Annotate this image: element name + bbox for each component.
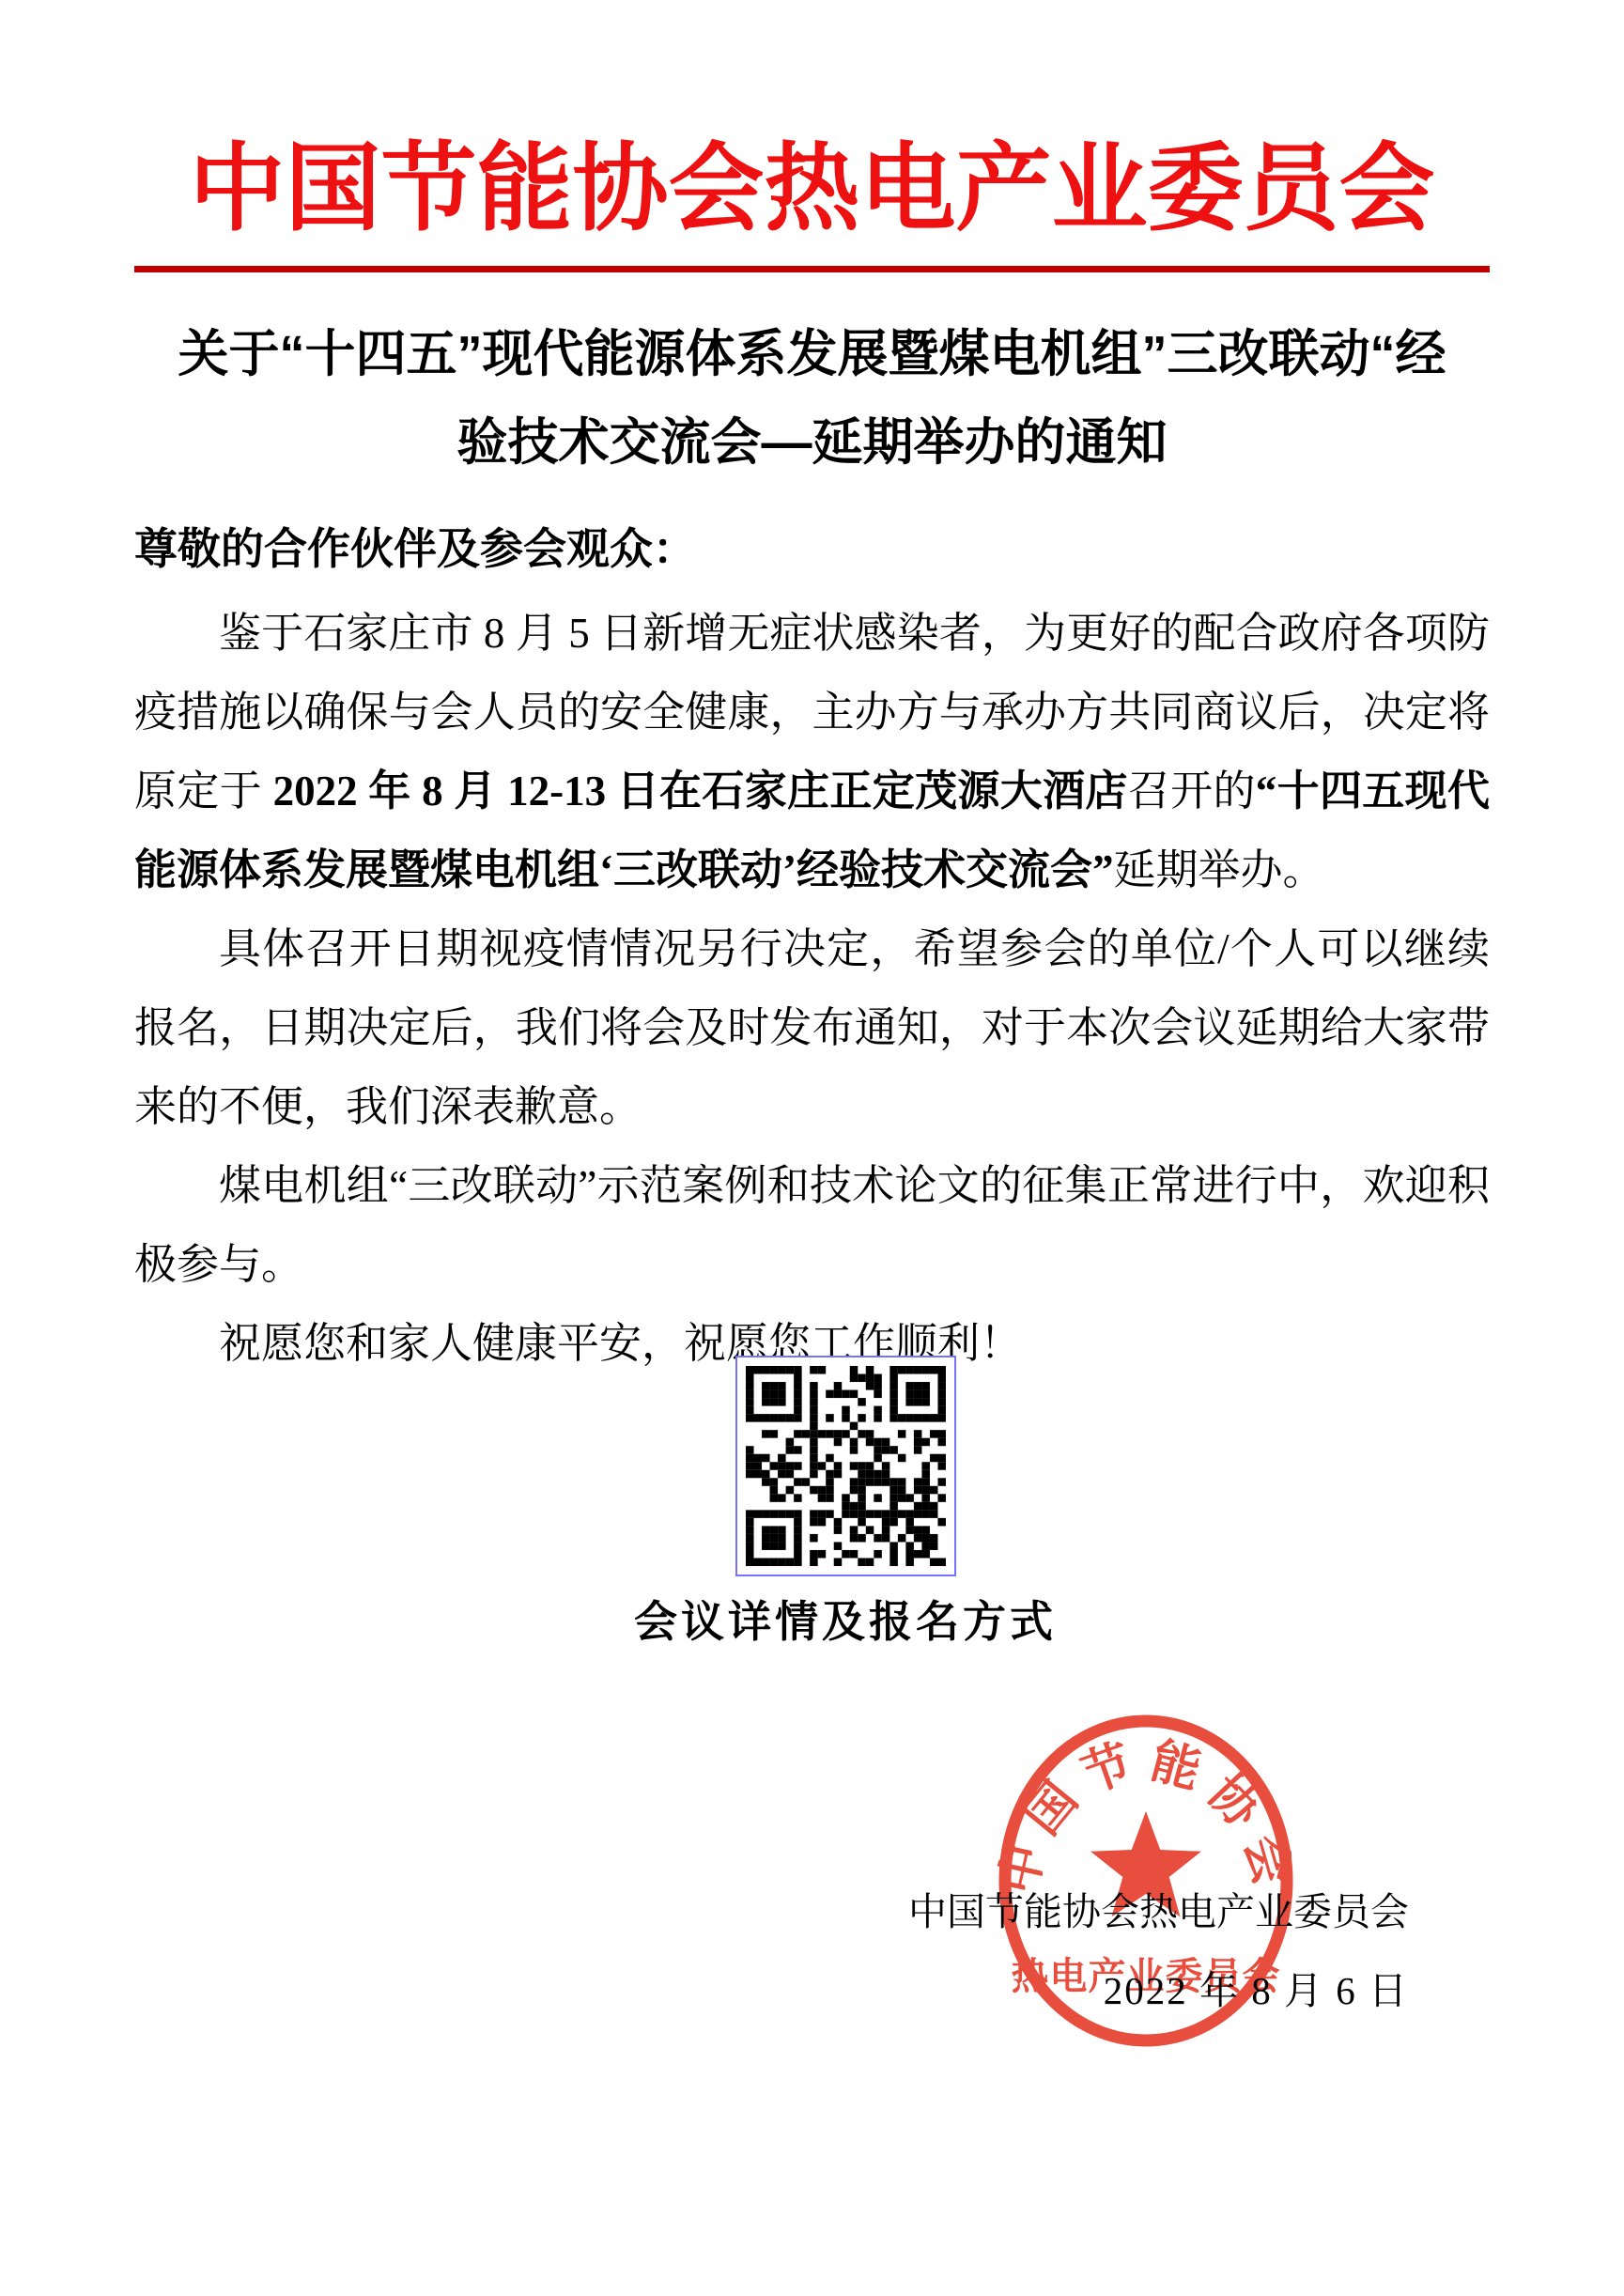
paragraph: 具体召开日期视疫情情况另行决定，希望参会的单位/个人可以继续报名，日期决定后，我…: [134, 909, 1490, 1146]
signature-org-name: 中国节能协会热电产业委员会: [902, 1881, 1409, 1936]
signature-date: 2022 年 8 月 6 日: [902, 1960, 1409, 2015]
notice-title-line2: 验技术交流会—延期举办的通知: [80, 398, 1544, 487]
qr-code: [735, 1356, 956, 1576]
qr-caption: 会议详情及报名方式: [601, 1588, 1090, 1650]
salutation: 尊敬的合作伙伴及参会观众：: [134, 515, 1490, 577]
letterhead-divider: [134, 266, 1490, 272]
qr-code-image: [746, 1366, 946, 1566]
notice-title-line1: 关于“十四五”现代能源体系发展暨煤电机组”三改联动“经: [80, 310, 1544, 398]
paragraph: 鉴于石家庄市 8 月 5 日新增无症状感染者，为更好的配合政府各项防疫措施以确保…: [134, 594, 1490, 909]
body-text: 鉴于石家庄市 8 月 5 日新增无症状感染者，为更好的配合政府各项防疫措施以确保…: [134, 594, 1490, 1383]
document-page: 中国节能协会热电产业委员会 关于“十四五”现代能源体系发展暨煤电机组”三改联动“…: [0, 0, 1624, 2296]
paragraph: 煤电机组“三改联动”示范案例和技术论文的征集正常进行中，欢迎积极参与。: [134, 1146, 1490, 1304]
notice-title: 关于“十四五”现代能源体系发展暨煤电机组”三改联动“经 验技术交流会—延期举办的…: [80, 310, 1544, 487]
letterhead-org-name: 中国节能协会热电产业委员会: [0, 130, 1624, 252]
